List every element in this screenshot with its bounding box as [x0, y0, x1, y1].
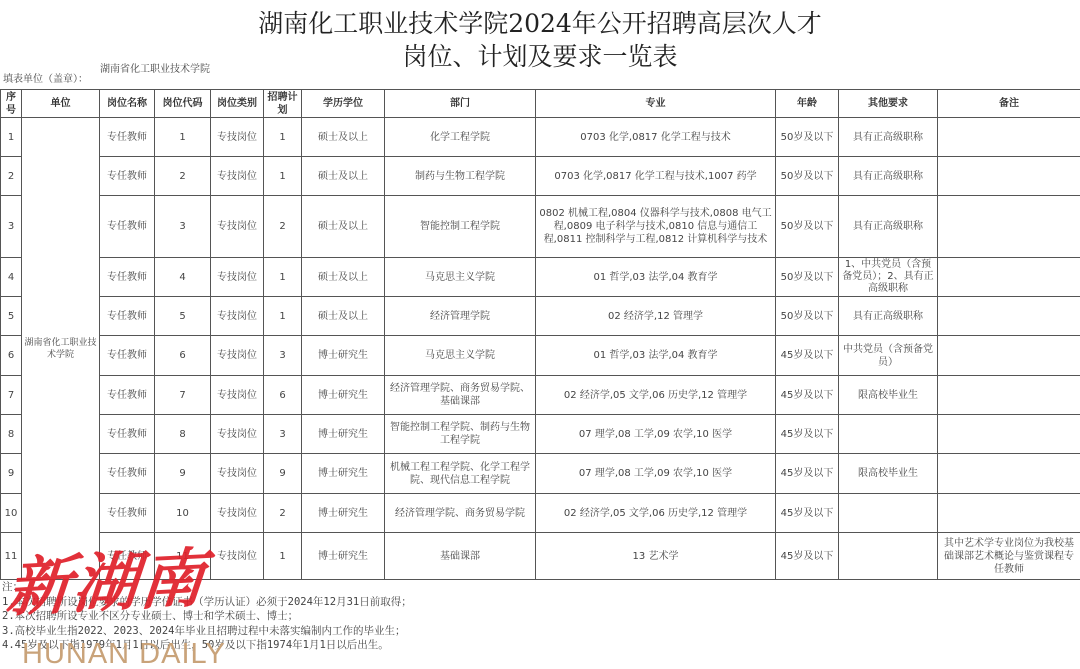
cell-note: [938, 494, 1080, 533]
cell-seq: 2: [1, 157, 22, 196]
filler-unit-value: 湖南省化工职业技术学院: [100, 63, 210, 76]
table-row: 5 专任教师 5 专技岗位 1 硕士及以上 经济管理学院 02 经济学,12 管…: [1, 297, 1080, 336]
cell-major: 13 艺术学: [536, 533, 776, 580]
cell-plan: 2: [264, 494, 302, 533]
cell-type: 专技岗位: [211, 118, 264, 157]
cell-post: 专任教师: [100, 376, 155, 415]
cell-age: 45岁及以下: [776, 415, 839, 454]
watermark-logo-en: HUNAN DAILY: [22, 640, 226, 669]
table-row: 4 专任教师 4 专技岗位 1 硕士及以上 马克思主义学院 01 哲学,03 法…: [1, 258, 1080, 297]
cell-seq: 9: [1, 454, 22, 494]
cell-plan: 3: [264, 336, 302, 376]
cell-seq: 8: [1, 415, 22, 454]
cell-dept: 制药与生物工程学院: [385, 157, 536, 196]
cell-plan: 1: [264, 297, 302, 336]
cell-dept: 化学工程学院: [385, 118, 536, 157]
cell-age: 50岁及以下: [776, 118, 839, 157]
cell-type: 专技岗位: [211, 454, 264, 494]
cell-seq: 5: [1, 297, 22, 336]
cell-dept: 智能控制工程学院: [385, 196, 536, 258]
cell-edu: 硕士及以上: [302, 196, 385, 258]
cell-major: 01 哲学,03 法学,04 教育学: [536, 258, 776, 297]
cell-code: 8: [155, 415, 211, 454]
cell-dept: 基础课部: [385, 533, 536, 580]
cell-post: 专任教师: [100, 157, 155, 196]
cell-code: 4: [155, 258, 211, 297]
cell-seq: 7: [1, 376, 22, 415]
cell-plan: 2: [264, 196, 302, 258]
cell-major: 01 哲学,03 法学,04 教育学: [536, 336, 776, 376]
document-title-line-1: 湖南化工职业技术学院2024年公开招聘高层次人才: [0, 4, 1080, 40]
cell-age: 50岁及以下: [776, 297, 839, 336]
cell-type: 专技岗位: [211, 415, 264, 454]
cell-note: [938, 336, 1080, 376]
cell-post: 专任教师: [100, 336, 155, 376]
header-post-type: 岗位类别: [211, 90, 264, 118]
cell-other: [839, 415, 938, 454]
header-remarks: 备注: [938, 90, 1080, 118]
cell-age: 50岁及以下: [776, 196, 839, 258]
cell-other: 具有正高级职称: [839, 157, 938, 196]
cell-edu: 博士研究生: [302, 494, 385, 533]
cell-age: 45岁及以下: [776, 336, 839, 376]
cell-major: 0703 化学,0817 化学工程与技术,1007 药学: [536, 157, 776, 196]
cell-major: 02 经济学,12 管理学: [536, 297, 776, 336]
cell-code: 6: [155, 336, 211, 376]
header-post-name: 岗位名称: [100, 90, 155, 118]
header-post-code: 岗位代码: [155, 90, 211, 118]
cell-age: 50岁及以下: [776, 157, 839, 196]
table-row: 9 专任教师 9 专技岗位 9 博士研究生 机械工程工程学院、化学工程学院、现代…: [1, 454, 1080, 494]
cell-other: 具有正高级职称: [839, 196, 938, 258]
cell-post: 专任教师: [100, 454, 155, 494]
cell-edu: 硕士及以上: [302, 118, 385, 157]
cell-other: 限高校毕业生: [839, 454, 938, 494]
cell-code: 1: [155, 118, 211, 157]
cell-other: 限高校毕业生: [839, 376, 938, 415]
cell-plan: 9: [264, 454, 302, 494]
cell-note: [938, 157, 1080, 196]
cell-major: 0703 化学,0817 化学工程与技术: [536, 118, 776, 157]
cell-dept: 马克思主义学院: [385, 258, 536, 297]
cell-plan: 1: [264, 258, 302, 297]
cell-type: 专技岗位: [211, 533, 264, 580]
cell-dept: 智能控制工程学院、制药与生物工程学院: [385, 415, 536, 454]
cell-plan: 1: [264, 533, 302, 580]
cell-type: 专技岗位: [211, 258, 264, 297]
cell-note: [938, 454, 1080, 494]
cell-age: 45岁及以下: [776, 494, 839, 533]
cell-dept: 经济管理学院、商务贸易学院、基础课部: [385, 376, 536, 415]
cell-seq: 1: [1, 118, 22, 157]
cell-code: 9: [155, 454, 211, 494]
table-header-row: 序号 单位 岗位名称 岗位代码 岗位类别 招聘计划 学历学位 部门 专业 年龄 …: [1, 90, 1080, 118]
cell-age: 45岁及以下: [776, 454, 839, 494]
recruitment-table: 序号 单位 岗位名称 岗位代码 岗位类别 招聘计划 学历学位 部门 专业 年龄 …: [0, 89, 1080, 580]
cell-note: [938, 297, 1080, 336]
cell-type: 专技岗位: [211, 196, 264, 258]
cell-other: [839, 533, 938, 580]
table-row: 3 专任教师 3 专技岗位 2 硕士及以上 智能控制工程学院 0802 机械工程…: [1, 196, 1080, 258]
table-row: 1 湖南省化工职业技术学院 专任教师 1 专技岗位 1 硕士及以上 化学工程学院…: [1, 118, 1080, 157]
cell-dept: 机械工程工程学院、化学工程学院、现代信息工程学院: [385, 454, 536, 494]
cell-unit: 湖南省化工职业技术学院: [22, 118, 100, 580]
cell-other: 具有正高级职称: [839, 297, 938, 336]
watermark-logo-cn: 新湖南: [3, 527, 210, 629]
cell-post: 专任教师: [100, 297, 155, 336]
table-row: 8 专任教师 8 专技岗位 3 博士研究生 智能控制工程学院、制药与生物工程学院…: [1, 415, 1080, 454]
cell-note: [938, 118, 1080, 157]
cell-plan: 3: [264, 415, 302, 454]
cell-seq: 6: [1, 336, 22, 376]
cell-age: 45岁及以下: [776, 376, 839, 415]
cell-note: [938, 258, 1080, 297]
header-major: 专业: [536, 90, 776, 118]
header-plan: 招聘计划: [264, 90, 302, 118]
cell-code: 2: [155, 157, 211, 196]
cell-seq: 4: [1, 258, 22, 297]
header-unit: 单位: [22, 90, 100, 118]
cell-plan: 6: [264, 376, 302, 415]
cell-seq: 3: [1, 196, 22, 258]
cell-edu: 硕士及以上: [302, 258, 385, 297]
cell-post: 专任教师: [100, 494, 155, 533]
table-row: 10 专任教师 10 专技岗位 2 博士研究生 经济管理学院、商务贸易学院 02…: [1, 494, 1080, 533]
cell-dept: 马克思主义学院: [385, 336, 536, 376]
cell-edu: 博士研究生: [302, 454, 385, 494]
cell-code: 7: [155, 376, 211, 415]
header-seq: 序号: [1, 90, 22, 118]
cell-type: 专技岗位: [211, 157, 264, 196]
cell-other: 1、中共党员（含预备党员）；2、具有正高级职称: [839, 258, 938, 297]
cell-edu: 博士研究生: [302, 533, 385, 580]
filler-unit-label: 填表单位（盖章）：: [3, 70, 88, 85]
cell-major: 07 理学,08 工学,09 农学,10 医学: [536, 454, 776, 494]
cell-age: 45岁及以下: [776, 533, 839, 580]
header-education: 学历学位: [302, 90, 385, 118]
cell-edu: 博士研究生: [302, 336, 385, 376]
cell-dept: 经济管理学院: [385, 297, 536, 336]
cell-note: 其中艺术学专业岗位为我校基础课部艺术概论与鉴赏课程专任教师: [938, 533, 1080, 580]
cell-edu: 硕士及以上: [302, 297, 385, 336]
cell-type: 专技岗位: [211, 376, 264, 415]
cell-code: 5: [155, 297, 211, 336]
table-row: 2 专任教师 2 专技岗位 1 硕士及以上 制药与生物工程学院 0703 化学,…: [1, 157, 1080, 196]
cell-other: 具有正高级职称: [839, 118, 938, 157]
cell-major: 0802 机械工程,0804 仪器科学与技术,0808 电气工程,0809 电子…: [536, 196, 776, 258]
cell-other: [839, 494, 938, 533]
cell-age: 50岁及以下: [776, 258, 839, 297]
cell-code: 3: [155, 196, 211, 258]
cell-post: 专任教师: [100, 118, 155, 157]
cell-note: [938, 376, 1080, 415]
cell-seq: 10: [1, 494, 22, 533]
header-other-requirements: 其他要求: [839, 90, 938, 118]
cell-other: 中共党员（含预备党员）: [839, 336, 938, 376]
cell-edu: 硕士及以上: [302, 157, 385, 196]
cell-note: [938, 196, 1080, 258]
cell-edu: 博士研究生: [302, 376, 385, 415]
cell-dept: 经济管理学院、商务贸易学院: [385, 494, 536, 533]
header-age: 年龄: [776, 90, 839, 118]
cell-plan: 1: [264, 118, 302, 157]
table-row: 6 专任教师 6 专技岗位 3 博士研究生 马克思主义学院 01 哲学,03 法…: [1, 336, 1080, 376]
cell-post: 专任教师: [100, 415, 155, 454]
cell-type: 专技岗位: [211, 336, 264, 376]
cell-note: [938, 415, 1080, 454]
cell-plan: 1: [264, 157, 302, 196]
header-department: 部门: [385, 90, 536, 118]
cell-post: 专任教师: [100, 258, 155, 297]
cell-type: 专技岗位: [211, 297, 264, 336]
cell-major: 02 经济学,05 文学,06 历史学,12 管理学: [536, 494, 776, 533]
cell-post: 专任教师: [100, 196, 155, 258]
cell-major: 07 理学,08 工学,09 农学,10 医学: [536, 415, 776, 454]
cell-type: 专技岗位: [211, 494, 264, 533]
table-row: 7 专任教师 7 专技岗位 6 博士研究生 经济管理学院、商务贸易学院、基础课部…: [1, 376, 1080, 415]
cell-major: 02 经济学,05 文学,06 历史学,12 管理学: [536, 376, 776, 415]
cell-edu: 博士研究生: [302, 415, 385, 454]
